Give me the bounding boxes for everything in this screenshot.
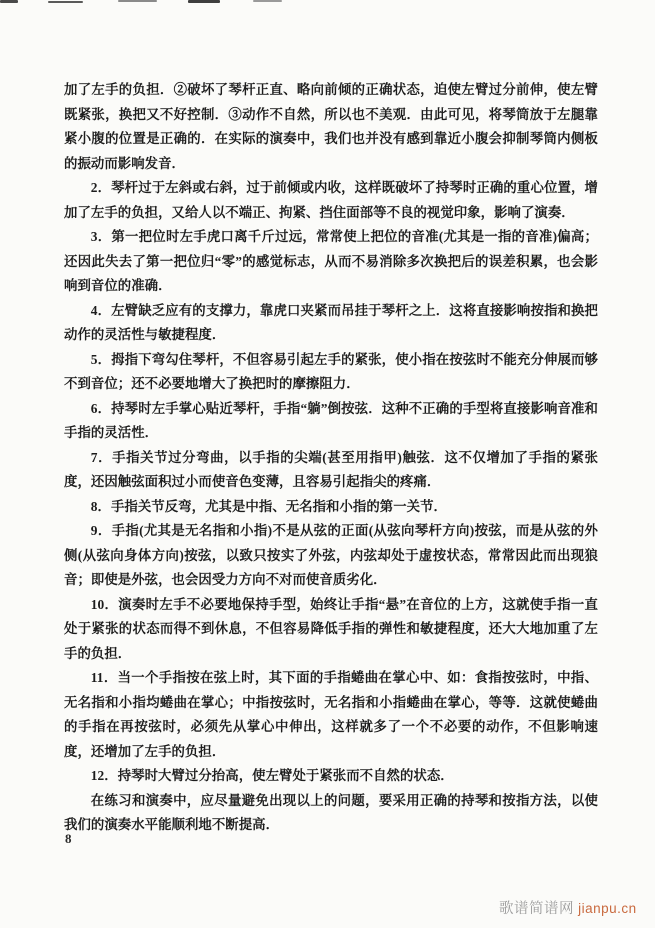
paragraph-item-5: 5．拇指下弯勾住琴杆，不但容易引起左手的紧张，使小指在按弦时不能充分伸展而够不到… <box>64 348 598 397</box>
paragraph-item-6: 6．持琴时左手掌心贴近琴杆，手指“躺”倒按弦．这种不正确的手型将直接影响音准和手… <box>64 397 598 446</box>
paragraph-item-7: 7．手指关节过分弯曲，以手指的尖端(甚至用指甲)触弦．这不仅增加了手指的紧张度，… <box>64 446 598 495</box>
watermark-site-name: 歌谱简谱网 <box>499 901 574 917</box>
paragraph-item-8: 8．手指关节反弯，尤其是中指、无名指和小指的第一关节． <box>64 495 598 520</box>
paragraph-item-2: 2．琴杆过于左斜或右斜，过于前倾或内收，这样既破坏了持琴时正确的重心位置，增加了… <box>64 176 598 225</box>
scan-artifact <box>188 0 220 3</box>
paragraph-item-3: 3．第一把位时左手虎口离千斤过远，常常使上把位的音准(尤其是一指的音准)偏高；还… <box>64 225 598 299</box>
paragraph-item-9: 9．手指(尤其是无名指和小指)不是从弦的正面(从弦向琴杆方向)按弦，而是从弦的外… <box>64 519 598 593</box>
paragraph-item-10: 10．演奏时左手不必要地保持手型，始终让手指“悬”在音位的上方，这就使手指一直处… <box>64 593 598 667</box>
watermark-site-url[interactable]: jianpu.cn <box>578 901 637 916</box>
paragraph-item-4: 4．左臂缺乏应有的支撑力，靠虎口夹紧而吊挂于琴杆之上．这将直接影响按指和换把动作… <box>64 299 598 348</box>
watermark: 歌谱简谱网 jianpu.cn <box>499 897 637 918</box>
book-page: 加了左手的负担．②破坏了琴杆正直、略向前倾的正确状态，迫使左臂过分前伸，使左臂既… <box>0 0 655 928</box>
scan-artifact <box>118 0 157 2</box>
body-text: 加了左手的负担．②破坏了琴杆正直、略向前倾的正确状态，迫使左臂过分前伸，使左臂既… <box>64 78 598 838</box>
paragraph-continuation: 加了左手的负担．②破坏了琴杆正直、略向前倾的正确状态，迫使左臂过分前伸，使左臂既… <box>64 78 598 176</box>
scan-artifact <box>0 0 18 3</box>
paragraph-closing: 在练习和演奏中，应尽量避免出现以上的问题，要采用正确的持琴和按指方法，以使我们的… <box>64 789 598 838</box>
paragraph-item-11: 11．当一个手指按在弦上时，其下面的手指蜷曲在掌心中、如：食指按弦时，中指、无名… <box>64 666 598 764</box>
scan-artifact <box>48 1 83 3</box>
scan-artifact <box>253 0 282 2</box>
page-number: 8 <box>65 831 72 847</box>
paragraph-item-12: 12．持琴时大臂过分抬高，使左臂处于紧张而不自然的状态． <box>64 764 598 789</box>
